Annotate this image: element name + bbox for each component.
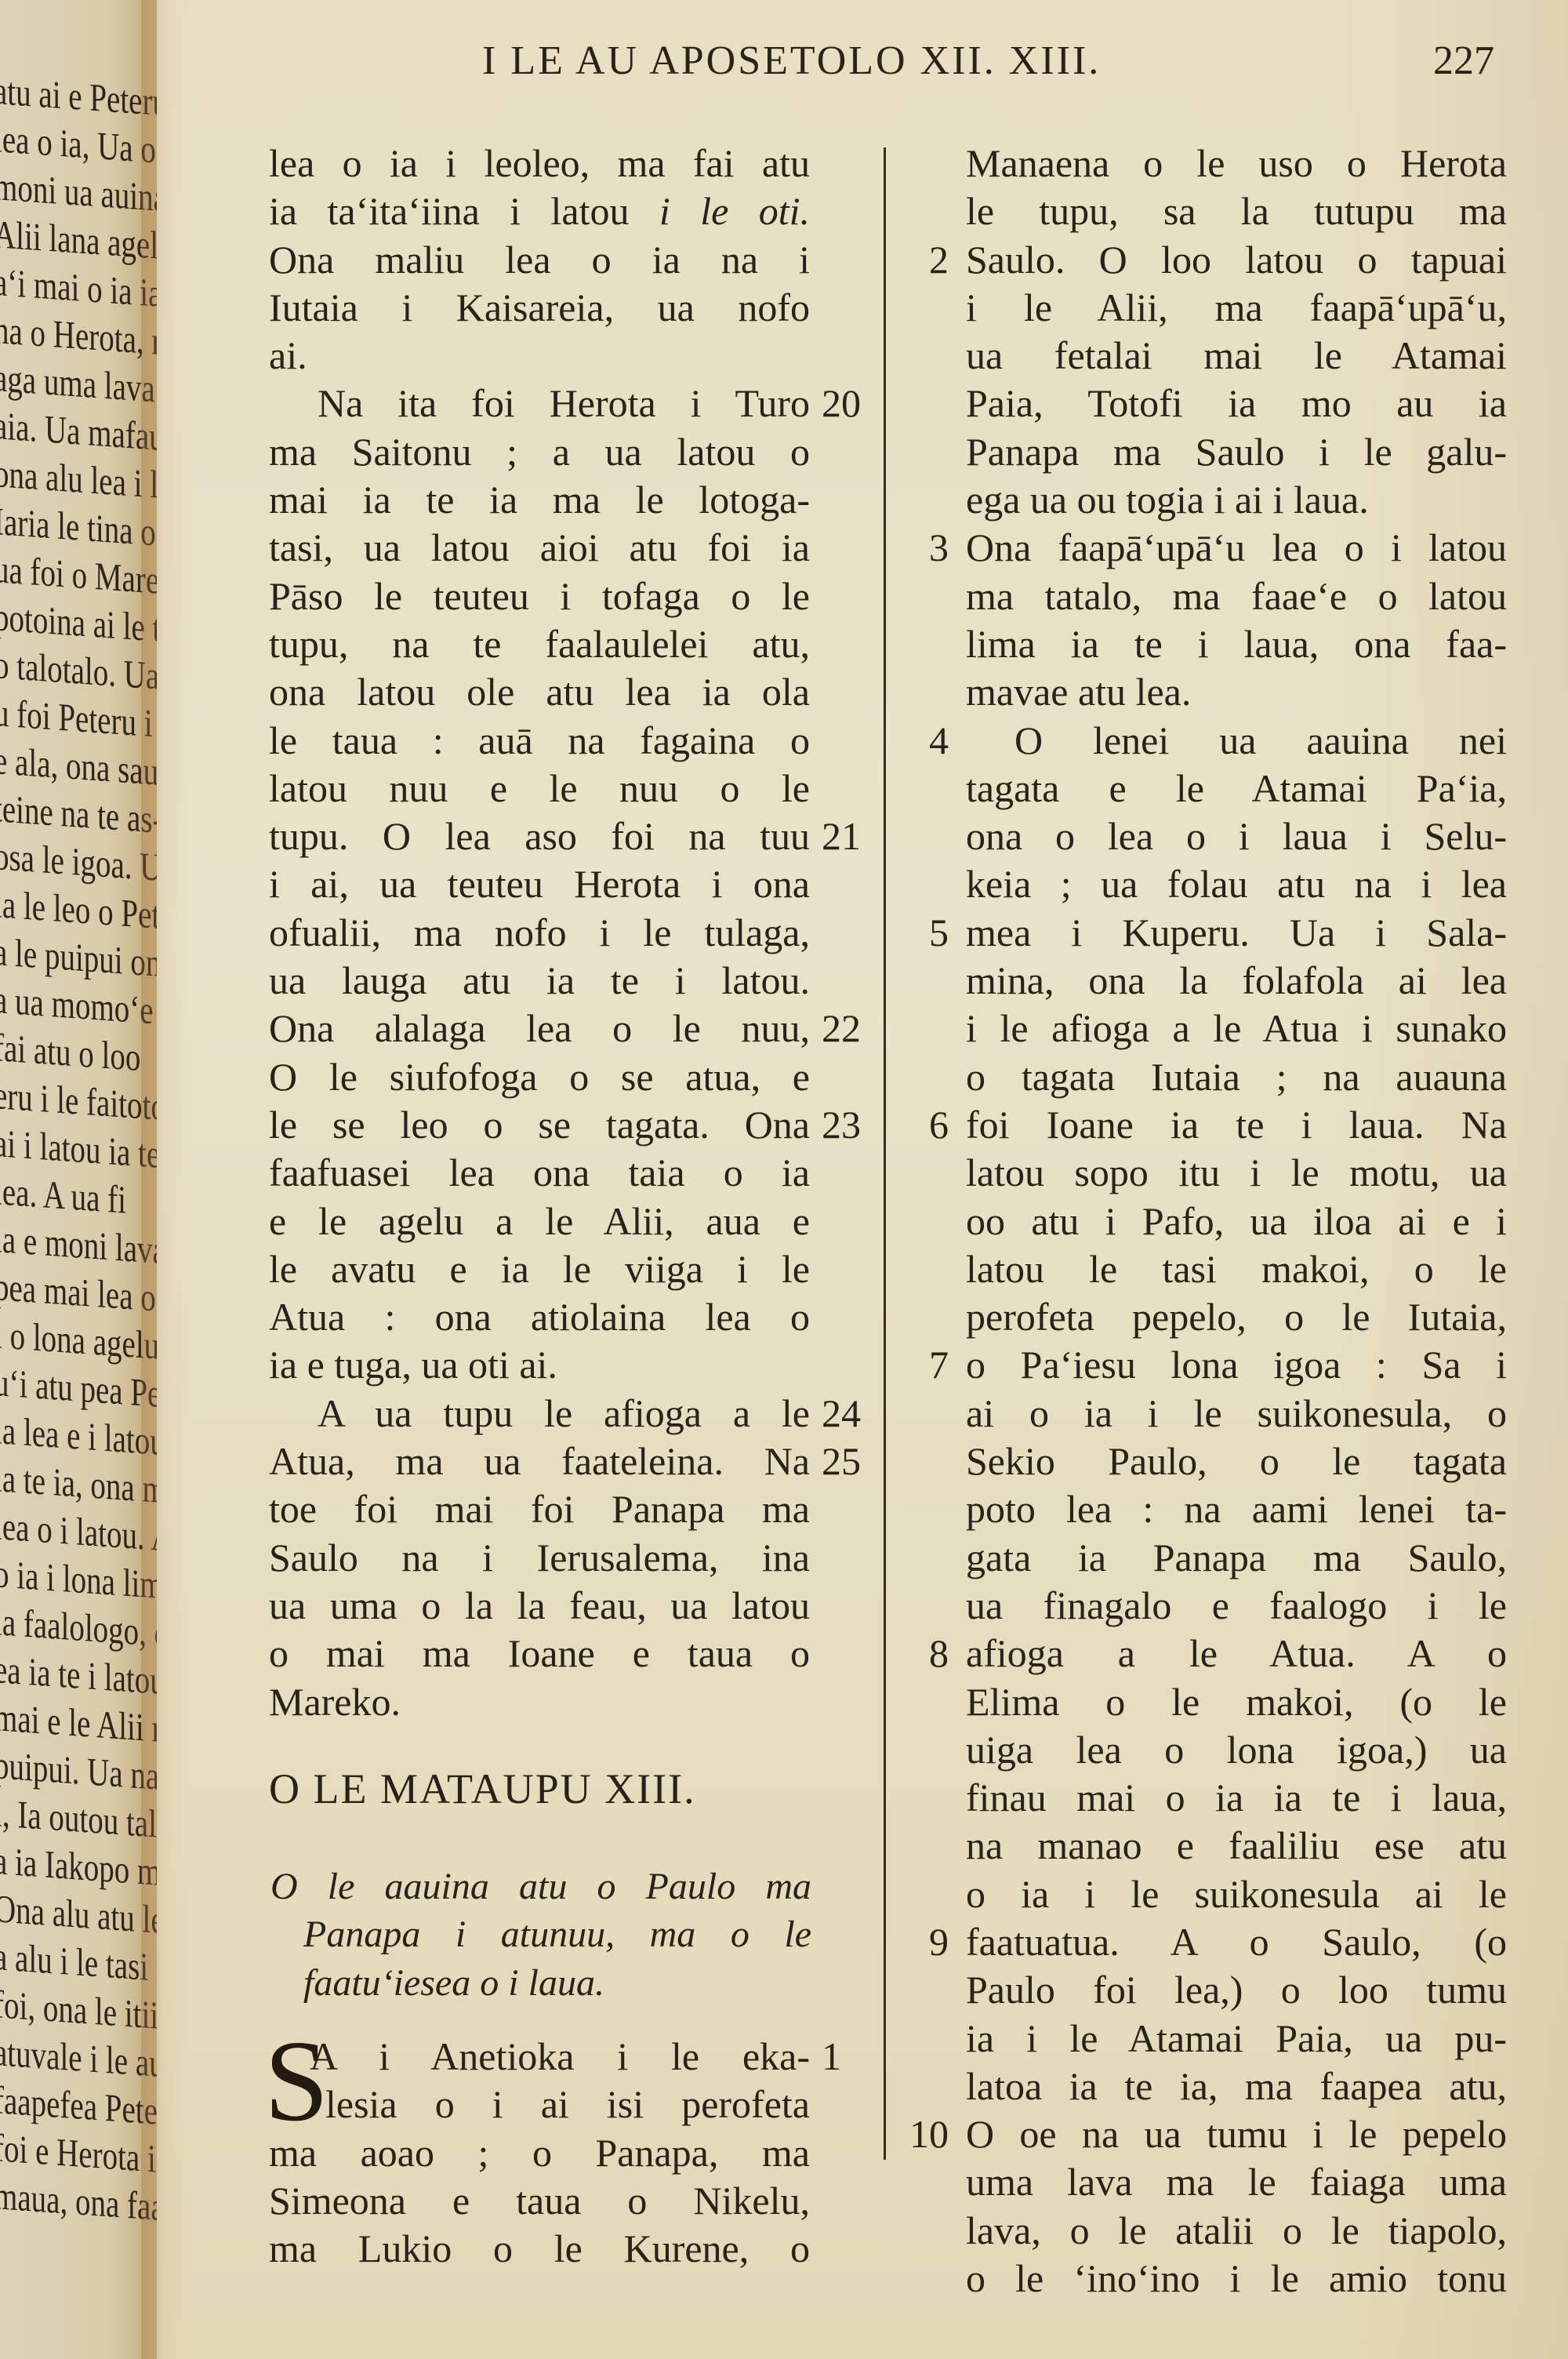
line-text: lesia o i ai isi perofeta	[325, 2082, 810, 2126]
chapter-summary: O le aauina atu o Paulo maPanapa i atunu…	[270, 1863, 811, 2007]
text-line: ua finagalo e faalogo i le	[966, 1582, 1507, 1630]
text-line: gata ia Panapa ma Saulo,	[966, 1534, 1507, 1582]
line-text: latou nuu e le nuu o le	[269, 766, 810, 810]
text-line: O le siufofoga o se atua, e	[269, 1053, 810, 1101]
text-line: uma lava ma le faiaga uma	[966, 2158, 1507, 2206]
line-text: ma aoao ; o Panapa, ma	[269, 2131, 810, 2175]
text-line: lava, o le atalii o le tiapolo,	[966, 2207, 1507, 2255]
text-line: Saulo na i Ierusalema, ina	[269, 1534, 810, 1582]
line-text: Simeona e taua o Nikelu,	[269, 2179, 810, 2223]
text-line: Na ita foi Herota i Turo20	[269, 380, 810, 427]
facing-page-line: maua, ona faamasino	[0, 2172, 134, 2230]
line-text: tasi, ua latou aioi atu foi ia	[269, 525, 810, 569]
verse-number: 8	[929, 1630, 949, 1677]
line-text: Paulo foi lea,) o loo tumu	[966, 1968, 1507, 2012]
text-line: Atua, ma ua faateleina. Na25	[269, 1438, 810, 1485]
text-line: ma tatalo, ma faae‘e o latou	[966, 572, 1507, 620]
line-text: keia ; ua folau atu na i lea	[966, 862, 1507, 906]
verse-number: 10	[909, 2110, 949, 2158]
line-text: na manao e faaliliu ese atu	[966, 1823, 1507, 1867]
left-column: lea o ia i leoleo, ma fai atuia ta‘ita‘i…	[269, 140, 810, 1726]
gutter-shadow	[141, 0, 188, 2359]
line-text: o Pa‘iesu lona igoa : Sa i	[966, 1343, 1507, 1387]
line-text: Panapa ma Saulo i le galu-	[966, 430, 1507, 474]
text-line: ma Saitonu ; a ua latou o	[269, 428, 810, 476]
line-text: ma Saitonu ; a ua latou o	[269, 430, 810, 474]
column-rule	[884, 147, 886, 2160]
text-line: ia ta‘ita‘iina i latou i le oti.	[269, 187, 810, 235]
text-line: o ia i le suikonesula ai le	[966, 1870, 1507, 1918]
verse-number: 6	[929, 1101, 949, 1149]
text-line: perofeta pepelo, o le Iutaia,	[966, 1293, 1507, 1341]
text-line: ai.	[269, 332, 810, 380]
text-line: Sekio Paulo, o le tagata	[966, 1438, 1507, 1485]
line-text: o ia i le suikonesula ai le	[966, 1872, 1507, 1916]
text-line: latou sopo itu i le motu, ua	[966, 1149, 1507, 1197]
text-line: le taua : auā na fagaina o	[269, 717, 810, 765]
page-number: 227	[1433, 38, 1494, 84]
text-line: Elima o le makoi, (o le	[966, 1678, 1507, 1726]
text-line: ofualii, ma nofo i le tulaga,	[269, 909, 810, 957]
text-line: ua lauga atu ia te i latou.	[269, 957, 810, 1005]
line-text: uiga lea o lona igoa,) ua	[966, 1728, 1507, 1772]
text-line: faatuatua. A o Saulo, (o9	[966, 1918, 1507, 1966]
line-text: Manaena o le uso o Herota	[966, 141, 1507, 185]
text-line: Iutaia i Kaisareia, ua nofo	[269, 284, 810, 332]
text-line: uiga lea o lona igoa,) ua	[966, 1726, 1507, 1774]
text-line: o tagata Iutaia ; na auauna	[966, 1053, 1507, 1101]
line-text: Saulo. O loo latou o tapuai	[966, 238, 1507, 282]
text-line: Mareko.	[269, 1678, 810, 1726]
text-line: poto lea : na aami lenei ta-	[966, 1485, 1507, 1533]
line-text: o mai ma Ioane e taua o	[269, 1631, 810, 1675]
text-line: na manao e faaliliu ese atu	[966, 1822, 1507, 1870]
line-text: tagata e le Atamai Pa‘ia,	[966, 766, 1507, 810]
text-line: lea o ia i leoleo, ma fai atu	[269, 140, 810, 187]
text-line: ai o ia i le suikonesula, o	[966, 1390, 1507, 1438]
verse-number: 3	[929, 524, 949, 572]
summary-line: O le aauina atu o Paulo ma	[270, 1863, 811, 1910]
line-text: latou sopo itu i le motu, ua	[966, 1150, 1507, 1194]
line-text: A i Anetioka i le eka-	[310, 2034, 810, 2078]
text-line: o mai ma Ioane e taua o	[269, 1630, 810, 1677]
line-text: faatuatua. A o Saulo, (o	[966, 1920, 1507, 1964]
line-text: ma Lukio o le Kurene, o	[269, 2226, 810, 2270]
verse-number: 24	[822, 1390, 861, 1438]
line-text: ua finagalo e faalogo i le	[966, 1583, 1507, 1627]
text-line: ona latou ole atu lea ia ola	[269, 668, 810, 716]
text-line: latou nuu e le nuu o le	[269, 765, 810, 812]
line-text: ma tatalo, ma faae‘e o latou	[966, 574, 1507, 618]
line-text: mavae atu lea.	[966, 670, 1191, 714]
line-text: Atua : ona atiolaina lea o	[269, 1295, 810, 1339]
text-line: mavae atu lea.	[966, 668, 1507, 716]
line-text: ua lauga atu ia te i latou.	[269, 958, 810, 1002]
text-line: Ona maliu lea o ia na i	[269, 236, 810, 284]
verse-number: 22	[822, 1005, 861, 1052]
line-text: gata ia Panapa ma Saulo,	[966, 1536, 1507, 1579]
verse-number: 20	[822, 380, 861, 427]
text-line: afioga a le Atua. A o8	[966, 1630, 1507, 1677]
line-text: Atua, ma ua faateleina. Na	[269, 1439, 810, 1483]
line-text: ia ta‘ita‘iina i latou	[269, 189, 659, 233]
text-line: Paulo foi lea,) o loo tumu	[966, 1966, 1507, 2014]
line-text: A ua tupu le afioga a le	[318, 1391, 810, 1435]
text-line: lima ia te i laua, ona faa-	[966, 620, 1507, 668]
text-line: tagata e le Atamai Pa‘ia,	[966, 765, 1507, 812]
line-text: Ona maliu lea o ia na i	[269, 238, 810, 282]
text-line: O oe na ua tumu i le pepelo10	[966, 2110, 1507, 2158]
line-text: mea i Kuperu. Ua i Sala-	[966, 911, 1507, 954]
text-line: Ona alalaga lea o le nuu,22	[269, 1005, 810, 1052]
line-text: latou le tasi makoi, o le	[966, 1247, 1507, 1291]
text-line: finau mai o ia ia te i laua,	[966, 1774, 1507, 1822]
text-line: tasi, ua latou aioi atu foi ia	[269, 524, 810, 572]
line-text: ua fetalai mai le Atamai	[966, 333, 1507, 377]
line-text: le se leo o se tagata. Ona	[269, 1103, 810, 1147]
line-text: Paia, Totofi ia mo au ia	[966, 381, 1507, 425]
line-text: faafuasei lea ona taia o ia	[269, 1150, 810, 1194]
line-text: o tagata Iutaia ; na auauna	[966, 1055, 1507, 1099]
text-line: A ua tupu le afioga a le24	[269, 1390, 810, 1438]
verse-number: 7	[929, 1341, 949, 1389]
text-line: i le Alii, ma faapā‘upā‘u,	[966, 284, 1507, 332]
facing-page-text: atu ai e Peteru,lea o ia, Ua o‘umoni ua …	[0, 67, 134, 2230]
line-text: i ai, ua teuteu Herota i ona	[269, 862, 810, 906]
line-text: ai o ia i le suikonesula, o	[966, 1391, 1507, 1435]
chapter-heading: O LE MATAUPU XIII.	[269, 1765, 818, 1813]
book-page: atu ai e Peteru,lea o ia, Ua o‘umoni ua …	[0, 0, 1568, 2359]
text-line: oo atu i Pafo, ua iloa ai e i	[966, 1198, 1507, 1245]
text-line: le avatu e ia le viiga i le	[269, 1245, 810, 1293]
verse-number: 23	[822, 1101, 861, 1149]
text-line: Panapa ma Saulo i le galu-	[966, 428, 1507, 476]
line-text: oo atu i Pafo, ua iloa ai e i	[966, 1199, 1507, 1243]
text-line: mea i Kuperu. Ua i Sala-5	[966, 909, 1507, 957]
verse-number: 25	[822, 1438, 861, 1485]
text-line: keia ; ua folau atu na i lea	[966, 860, 1507, 908]
facing-page-edge: atu ai e Peteru,lea o ia, Ua o‘umoni ua …	[0, 0, 157, 2359]
text-line: o Pa‘iesu lona igoa : Sa i7	[966, 1341, 1507, 1389]
text-line: toe foi mai foi Panapa ma	[269, 1485, 810, 1533]
text-line: Saulo. O loo latou o tapuai2	[966, 236, 1507, 284]
line-text: mai ia te ia ma le lotoga-	[269, 478, 810, 522]
text-line: A i Anetioka i le eka-1	[269, 2033, 810, 2081]
line-text: le tupu, sa la tutupu ma	[966, 189, 1507, 233]
text-line: Simeona e taua o Nikelu,	[269, 2177, 810, 2225]
text-line: mai ia te ia ma le lotoga-	[269, 476, 810, 524]
text-line: ua fetalai mai le Atamai	[966, 332, 1507, 380]
line-text: tupu. O lea aso foi na tuu	[269, 814, 810, 858]
text-line: ia e tuga, ua oti ai.	[269, 1341, 810, 1389]
line-text: Elima o le makoi, (o le	[966, 1680, 1507, 1724]
text-line: i le afioga a le Atua i sunako	[966, 1005, 1507, 1052]
text-line: i ai, ua teuteu Herota i ona	[269, 860, 810, 908]
text-line: ma aoao ; o Panapa, ma	[269, 2129, 810, 2177]
line-text: finau mai o ia ia te i laua,	[966, 1776, 1507, 1819]
text-line: o le ‘ino‘ino i le amio tonu	[966, 2255, 1507, 2303]
line-text: mina, ona la folafola ai lea	[966, 958, 1507, 1002]
line-text: i le Alii, ma faapā‘upā‘u,	[966, 285, 1507, 329]
text-line: tupu, na te faalaulelei atu,	[269, 620, 810, 668]
line-text: ua uma o la la feau, ua latou	[269, 1583, 810, 1627]
line-text: latoa ia te ia, ma faapea atu,	[966, 2064, 1507, 2108]
text-line: ona o lea o i laua i Selu-	[966, 812, 1507, 860]
summary-line: Panapa i atunuu, ma o le	[270, 1910, 811, 1958]
line-text: O oe na ua tumu i le pepelo	[966, 2112, 1507, 2156]
text-line: le tupu, sa la tutupu ma	[966, 187, 1507, 235]
line-text: ia i le Atamai Paia, ua pu-	[966, 2016, 1507, 2060]
text-line: ia i le Atamai Paia, ua pu-	[966, 2015, 1507, 2063]
text-line: le se leo o se tagata. Ona23	[269, 1101, 810, 1149]
text-line: ua uma o la la feau, ua latou	[269, 1582, 810, 1630]
running-head: I LE AU APOSETOLO XII. XIII. 227	[0, 38, 1568, 93]
text-line: ma Lukio o le Kurene, o	[269, 2225, 810, 2273]
line-text: uma lava ma le faiaga uma	[966, 2160, 1507, 2204]
text-line: foi Ioane ia te i laua. Na6	[966, 1101, 1507, 1149]
text-line: e le agelu a le Alii, aua e	[269, 1198, 810, 1245]
text-line: lesia o i ai isi perofeta	[269, 2081, 810, 2128]
right-column: Manaena o le uso o Herotale tupu, sa la …	[966, 140, 1507, 2303]
line-text: Ona alalaga lea o le nuu,	[269, 1006, 810, 1050]
line-text: ona latou ole atu lea ia ola	[269, 670, 810, 714]
line-text: lea o ia i leoleo, ma fai atu	[269, 141, 810, 185]
line-text: Iutaia i Kaisareia, ua nofo	[269, 285, 810, 329]
line-text: O le siufofoga o se atua, e	[269, 1055, 810, 1099]
line-text: Mareko.	[269, 1680, 401, 1724]
text-line: latoa ia te ia, ma faapea atu,	[966, 2063, 1507, 2110]
chapter-opening: S A i Anetioka i le eka-1lesia o i ai is…	[269, 2033, 810, 2273]
text-line: faafuasei lea ona taia o ia	[269, 1149, 810, 1197]
line-text: ega ua ou togia i ai i laua.	[966, 478, 1369, 522]
text-line: latou le tasi makoi, o le	[966, 1245, 1507, 1293]
line-text: o le ‘ino‘ino i le amio tonu	[966, 2256, 1507, 2300]
line-text: afioga a le Atua. A o	[966, 1631, 1507, 1675]
line-text: Ona faapā‘upā‘u lea o i latou	[966, 525, 1507, 569]
line-text: le taua : auā na fagaina o	[269, 718, 810, 762]
line-text: i le afioga a le Atua i sunako	[966, 1006, 1507, 1050]
line-text: ofualii, ma nofo i le tulaga,	[269, 911, 810, 954]
line-text: perofeta pepelo, o le Iutaia,	[966, 1295, 1507, 1339]
line-text: ona o lea o i laua i Selu-	[966, 814, 1507, 858]
line-text: Saulo na i Ierusalema, ina	[269, 1536, 810, 1579]
line-text: lava, o le atalii o le tiapolo,	[966, 2208, 1507, 2252]
verse-number: 2	[929, 236, 949, 284]
line-text: Pāso le teuteu i tofaga o le	[269, 574, 810, 618]
verse-number: 5	[929, 909, 949, 957]
text-line: Atua : ona atiolaina lea o	[269, 1293, 810, 1341]
line-text: ia e tuga, ua oti ai.	[269, 1343, 557, 1387]
verse-number: 9	[929, 1918, 949, 1966]
text-line: Ona faapā‘upā‘u lea o i latou3	[966, 524, 1507, 572]
text-line: tupu. O lea aso foi na tuu21	[269, 812, 810, 860]
italic-text: i le oti.	[659, 189, 810, 233]
summary-line: faatu‘iesea o i laua.	[270, 1959, 811, 2007]
line-text: foi Ioane ia te i laua. Na	[966, 1103, 1507, 1147]
line-text: lima ia te i laua, ona faa-	[966, 622, 1507, 666]
text-line: ega ua ou togia i ai i laua.	[966, 476, 1507, 524]
line-text: ai.	[269, 333, 307, 377]
line-text: toe foi mai foi Panapa ma	[269, 1487, 810, 1531]
verse-number: 4	[929, 717, 949, 765]
text-line: O lenei ua aauina nei4	[966, 717, 1507, 765]
verse-number: 21	[822, 812, 861, 860]
text-line: mina, ona la folafola ai lea	[966, 957, 1507, 1005]
line-text: e le agelu a le Alii, aua e	[269, 1199, 810, 1243]
running-head-title: I LE AU APOSETOLO XII. XIII.	[482, 38, 1101, 84]
line-text: poto lea : na aami lenei ta-	[966, 1487, 1507, 1531]
text-line: Pāso le teuteu i tofaga o le	[269, 572, 810, 620]
line-text: O lenei ua aauina nei	[1014, 718, 1507, 762]
text-line: Manaena o le uso o Herota	[966, 140, 1507, 187]
line-text: tupu, na te faalaulelei atu,	[269, 622, 810, 666]
verse-number: 1	[822, 2033, 841, 2081]
text-line: Paia, Totofi ia mo au ia	[966, 380, 1507, 427]
line-text: le avatu e ia le viiga i le	[269, 1247, 810, 1291]
line-text: Na ita foi Herota i Turo	[318, 381, 810, 425]
line-text: Sekio Paulo, o le tagata	[966, 1439, 1507, 1483]
